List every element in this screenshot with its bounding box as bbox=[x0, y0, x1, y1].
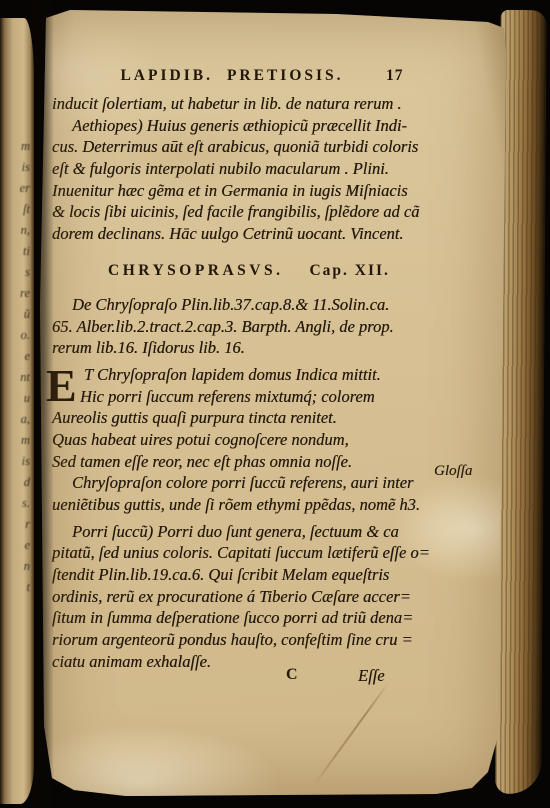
verse-line: T Chryſopraſon lapidem domus Indica mitt… bbox=[52, 364, 466, 386]
gutter-fragment: nt bbox=[0, 367, 30, 388]
verse-line: Aureolis guttis quaſi purpura tincta ren… bbox=[52, 407, 466, 429]
gutter-fragment: m bbox=[0, 430, 30, 451]
gutter-fragment: re bbox=[0, 283, 30, 304]
chapter-heading: CHRYSOPRASVS. Cap. XII. bbox=[32, 261, 466, 281]
gutter-fragment: o. bbox=[0, 325, 30, 346]
gutter-fragment: ſt bbox=[0, 199, 30, 220]
verse-paragraph: E T Chryſopraſon lapidem domus Indica mi… bbox=[52, 364, 466, 472]
text-line: ſtendit Plin.lib.19.ca.6. Qui ſcribit Me… bbox=[52, 564, 466, 586]
text-line: De Chryſopraſo Plin.lib.37.cap.8.& 11.So… bbox=[52, 294, 466, 316]
book-scan: m is er ſt n, ti s re ũ o. e nt u a, m i… bbox=[0, 0, 550, 808]
gutter-fragment: u bbox=[0, 388, 30, 409]
gutter-fragment: m bbox=[0, 136, 30, 157]
gutter-fragment: er bbox=[0, 178, 30, 199]
running-head: LAPIDIB.PRETIOSIS. 17 bbox=[52, 66, 412, 86]
gutter-fragment: is bbox=[0, 157, 30, 178]
page-number: 17 bbox=[386, 66, 404, 86]
gutter-fragment: ti bbox=[0, 241, 30, 262]
gutter-fragment: e bbox=[0, 535, 30, 556]
gutter-fragment: n bbox=[0, 556, 30, 577]
running-title-part2: PRETIOSIS. bbox=[227, 67, 344, 84]
verse-line: Quas habeat uires potui cognoſcere nondu… bbox=[52, 429, 466, 451]
text-line: rerum lib.16. Iſidorus lib. 16. bbox=[52, 337, 466, 359]
text-line: ueniẽtibus guttis, unde ſi rõem ethymi p… bbox=[52, 494, 466, 516]
gutter-fragment: r bbox=[0, 514, 30, 535]
chapter-number: Cap. XII. bbox=[309, 261, 389, 281]
page-text-block: LAPIDIB.PRETIOSIS. 17 inducit ſolertiam,… bbox=[52, 66, 466, 673]
chapter-title: CHRYSOPRASVS. bbox=[108, 261, 283, 281]
text-line: eſt & fulgoris interpolati nubilo macula… bbox=[52, 158, 466, 180]
gutter-fragment: ũ bbox=[0, 304, 30, 325]
paper-crack bbox=[313, 681, 390, 786]
paragraph-references: De Chryſopraſo Plin.lib.37.cap.8.& 11.So… bbox=[52, 294, 466, 359]
verse-line: Sed tamen eſſe reor, nec eſt phas omnia … bbox=[52, 451, 466, 473]
catchword: Eſſe bbox=[358, 666, 385, 686]
facing-page-text-fragments: m is er ſt n, ti s re ũ o. e nt u a, m i… bbox=[0, 18, 34, 598]
gutter-fragment: n, bbox=[0, 220, 30, 241]
running-title-part1: LAPIDIB. bbox=[120, 67, 212, 84]
text-line: Chryſopraſon colore porri ſuccũ referens… bbox=[52, 472, 466, 494]
book-page: LAPIDIB.PRETIOSIS. 17 inducit ſolertiam,… bbox=[36, 6, 508, 798]
text-line: & locis ſibi uicinis, ſed facile frangib… bbox=[52, 201, 466, 223]
text-line: dorem declinans. Hāc uulgo Cetrinũ uocan… bbox=[52, 223, 466, 245]
text-line: ciatu animam exhalaſſe. bbox=[52, 651, 466, 673]
paragraph-porri: Porri ſuccũ) Porri duo ſunt genera, ſect… bbox=[52, 521, 466, 673]
drop-cap-initial: E bbox=[46, 365, 80, 407]
gutter-fragment: s bbox=[0, 262, 30, 283]
paragraph-glossa: Chryſopraſon colore porri ſuccũ referens… bbox=[52, 472, 466, 515]
gutter-fragment: t bbox=[0, 577, 30, 598]
verse-line: Hic porri ſuccum referens mixtumq́; colo… bbox=[52, 386, 466, 408]
text-line: cus. Deterrimus aūt eſt arabicus, quoniã… bbox=[52, 136, 466, 158]
gutter-fragment: s. bbox=[0, 493, 30, 514]
margin-note-glossa: Gloſſa bbox=[434, 463, 472, 480]
text-line: riorum argenteorũ pondus hauſto, confeſt… bbox=[52, 629, 466, 651]
text-line: Aethiopes) Huius generis æthiopicũ præce… bbox=[52, 115, 466, 137]
text-line: 65. Alber.lib.2.tract.2.cap.3. Barpth. A… bbox=[52, 316, 466, 338]
paragraph-aethiopes: Aethiopes) Huius generis æthiopicũ præce… bbox=[52, 115, 466, 245]
signature-mark: C bbox=[286, 666, 298, 684]
gutter-fragment: e bbox=[0, 346, 30, 367]
text-line: inducit ſolertiam, ut habetur in lib. de… bbox=[52, 93, 466, 115]
text-line: ordinis, rerũ ex procuratione á Tiberio … bbox=[52, 586, 466, 608]
gutter-fragment: d bbox=[0, 472, 30, 493]
gutter-fragment: a, bbox=[0, 409, 30, 430]
gutter-fragment: is bbox=[0, 451, 30, 472]
text-line: Porri ſuccũ) Porri duo ſunt genera, ſect… bbox=[52, 521, 466, 543]
facing-page-sliver: m is er ſt n, ti s re ũ o. e nt u a, m i… bbox=[0, 18, 34, 804]
text-line: ſitum in ſumma deſperatione ſucco porri … bbox=[52, 607, 466, 629]
text-line: pitatũ, ſed unius coloris. Capitati ſucc… bbox=[52, 542, 466, 564]
text-line: Inuenitur hæc gẽma et in Germania in iug… bbox=[52, 180, 466, 202]
